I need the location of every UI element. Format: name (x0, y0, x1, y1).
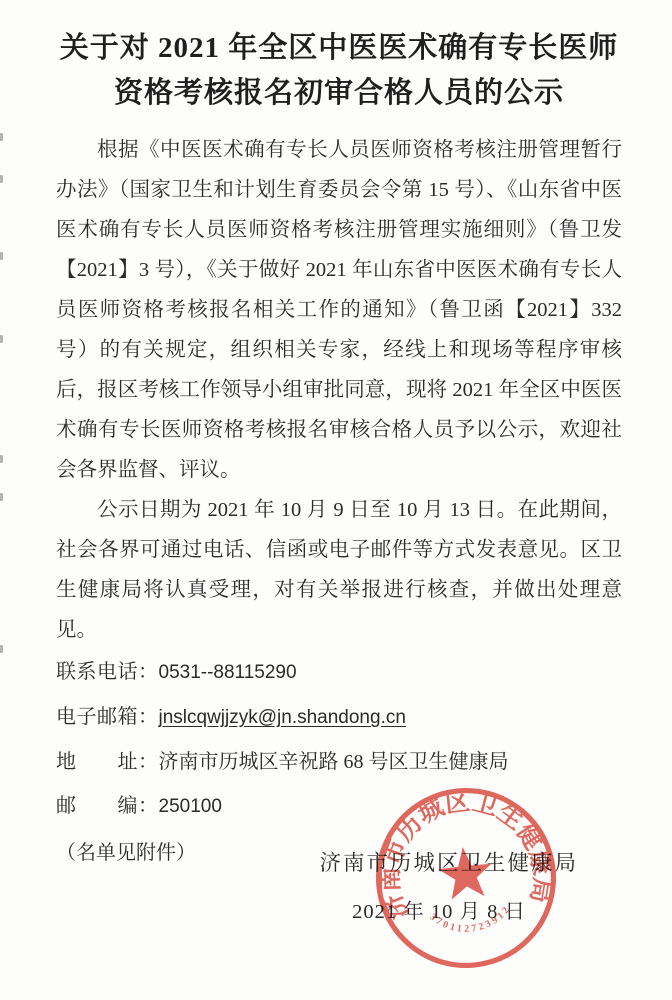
title-line-2: 资格考核报名初审合格人员的公示 (56, 71, 622, 116)
scan-artifact (0, 335, 3, 343)
contact-postcode-value: 250100 (159, 796, 222, 817)
contact-phone: 联系电话：0531--88115290 (56, 650, 622, 695)
paragraph-legal-basis: 根据《中医医术确有专长人员医师资格考核注册管理暂行办法》（国家卫生和计划生育委员… (56, 130, 622, 490)
paragraph-publicity-period: 公示日期为 2021 年 10 月 9 日至 10 月 13 日。在此期间，社会… (56, 490, 622, 650)
document-content: 关于对 2021 年全区中医医术确有专长医师 资格考核报名初审合格人员的公示 根… (0, 0, 672, 875)
document-page: 关于对 2021 年全区中医医术确有专长医师 资格考核报名初审合格人员的公示 根… (0, 0, 672, 1000)
contact-phone-label: 联系电话： (56, 661, 159, 683)
contact-email-label: 电子邮箱： (56, 706, 159, 728)
contact-phone-value: 0531--88115290 (159, 662, 297, 683)
contact-postcode-label: 邮 编： (56, 795, 159, 817)
contact-email-value[interactable]: jnslcqwjjzyk@jn.shandong.cn (159, 707, 406, 728)
page-title: 关于对 2021 年全区中医医术确有专长医师 资格考核报名初审合格人员的公示 (56, 26, 622, 116)
scan-artifact (0, 175, 3, 183)
scan-artifact (0, 645, 3, 653)
contact-email: 电子邮箱：jnslcqwjjzyk@jn.shandong.cn (56, 695, 622, 740)
scan-artifact (0, 252, 3, 260)
scan-artifact (0, 133, 3, 141)
contact-address-value: 济南市历城区辛祝路 68 号区卫生健康局 (159, 751, 509, 773)
seal-code: 370112723912 (427, 903, 514, 939)
official-seal: 济南市历城区卫生健康局 370112723912 (363, 775, 570, 982)
contact-address-label: 地 址： (56, 751, 159, 773)
scan-artifact (0, 493, 3, 501)
seal-star-icon (436, 844, 495, 900)
scan-artifact (0, 455, 3, 463)
title-line-1: 关于对 2021 年全区中医医术确有专长医师 (56, 26, 622, 71)
